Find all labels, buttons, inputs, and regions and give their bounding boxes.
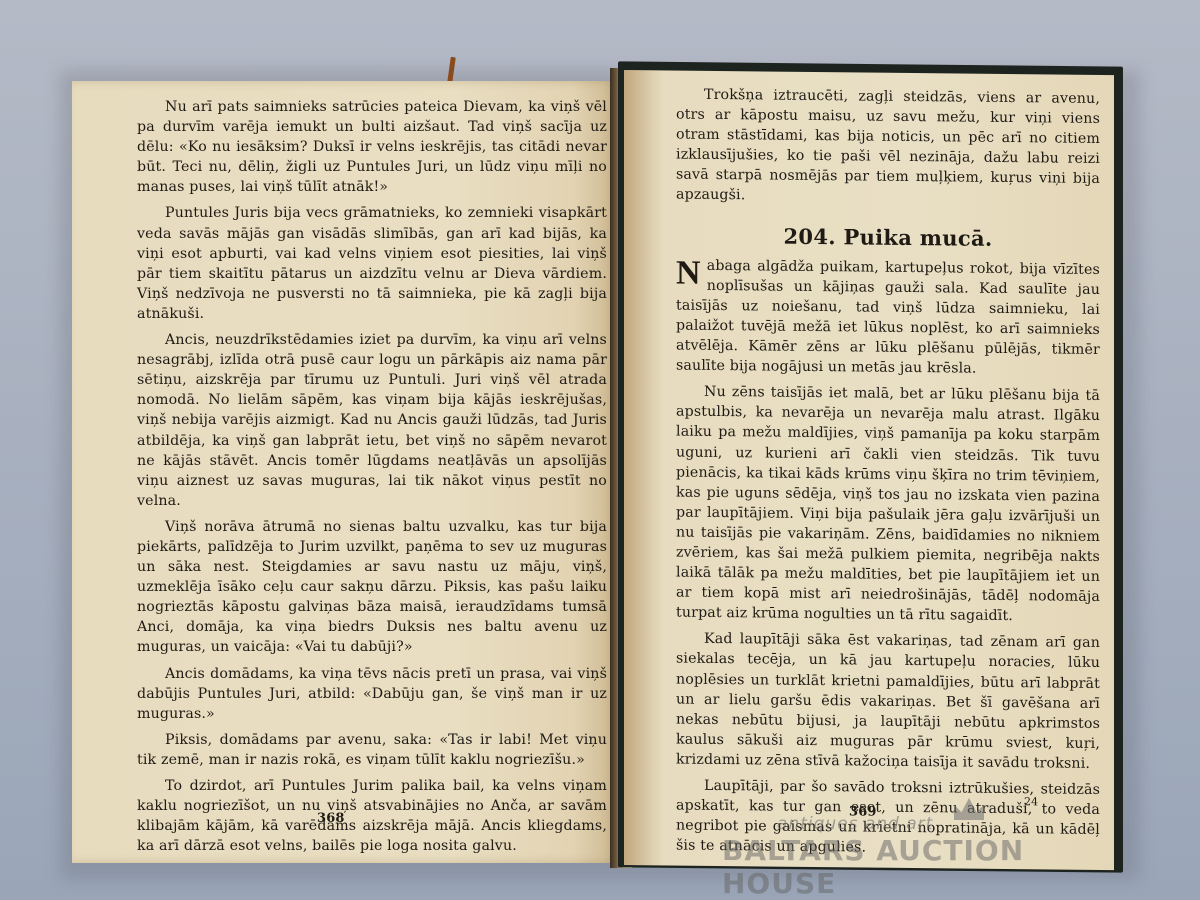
paragraph: Puntules Juris bija vecs grāmatnieks, ko… (137, 203, 607, 324)
page-number: 369 (849, 802, 877, 822)
paragraph: Laupītāji, par šo savādo troksni iztrūku… (676, 776, 1100, 861)
right-page-text: Trokšņa iztraucēti, zagļi steidzās, vien… (676, 85, 1100, 861)
paragraph: Viņš norāva ātrumā no sienas baltu uzval… (137, 517, 607, 658)
gutter-stain (624, 70, 664, 865)
paragraph: To dzirdot, arī Puntules Jurim palika ba… (137, 776, 607, 856)
story-title: 204. Puika mucā. (676, 225, 1100, 250)
paragraph: Ancis, neuzdrīkstēdamies iziet pa durvīm… (137, 330, 607, 511)
paragraph: Nu zēns taisījās iet malā, bet ar lūku p… (676, 382, 1100, 628)
paragraph: Ancis domādams, ka viņa tēvs nācis pretī… (137, 664, 607, 724)
page-number: 368 (317, 809, 345, 829)
paragraph-text: abaga algādža puikam, kartupeļus rokot, … (676, 258, 1100, 377)
right-page: Trokšņa iztraucēti, zagļi steidzās, vien… (624, 70, 1114, 870)
left-page-text: Nu arī pats saimnieks satrūcies pateica … (137, 97, 607, 856)
paragraph: Nu arī pats saimnieks satrūcies pateica … (137, 97, 607, 197)
signature-mark: 24 (1024, 792, 1038, 812)
paragraph: Nabaga algādža puikam, kartupeļus rokot,… (676, 255, 1100, 380)
paragraph: Trokšņa iztraucēti, zagļi steidzās, vien… (676, 85, 1100, 210)
paragraph: Kad laupītāji sāka ēst vakariņas, tad zē… (676, 629, 1100, 774)
paragraph: Piksis, domādams par avenu, saka: «Tas i… (137, 730, 607, 770)
drop-cap: N (676, 258, 701, 288)
left-page: Nu arī pats saimnieks satrūcies pateica … (72, 81, 617, 863)
